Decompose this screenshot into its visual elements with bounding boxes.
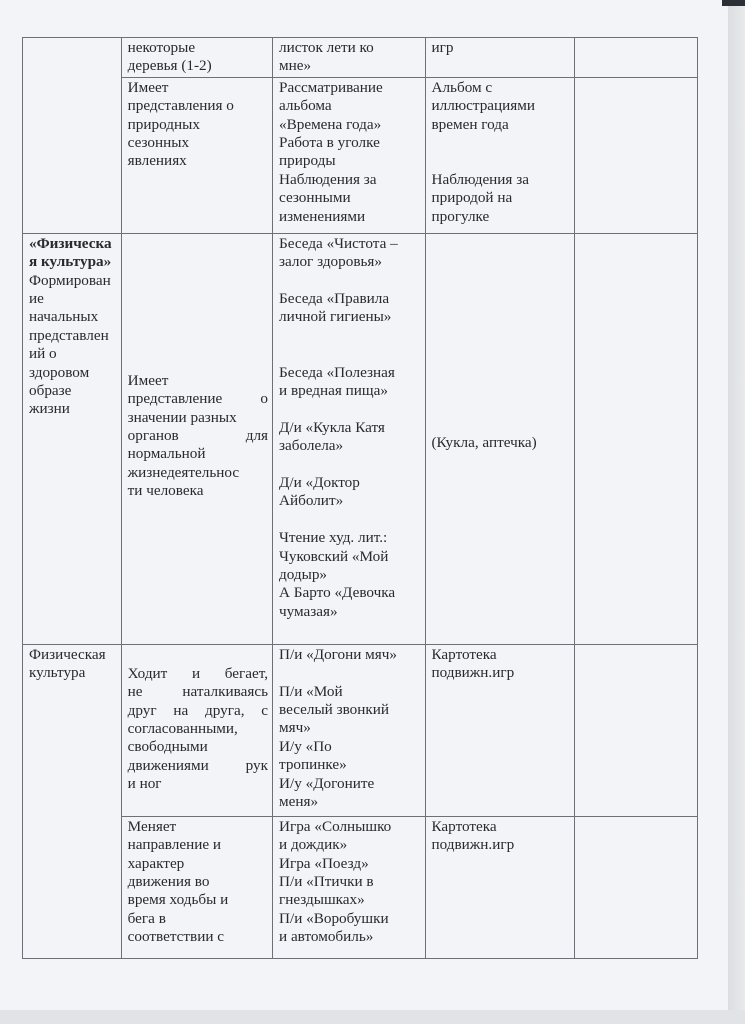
text-line: Картотека <box>432 646 570 664</box>
activity-group: Беседа «Чистота –залог здоровья» <box>279 235 420 272</box>
text-line: А Барто «Девочка <box>279 584 420 602</box>
text-line: залог здоровья» <box>279 253 420 271</box>
text-line: Айболит» <box>279 492 420 510</box>
text-line: образе <box>29 382 117 400</box>
text-line: сезонных <box>128 134 268 152</box>
text-line: характер <box>128 855 268 873</box>
notes-cell <box>574 644 697 816</box>
text-line: игр <box>432 39 570 57</box>
text-line: Игра «Солнышко <box>279 818 420 836</box>
text-line: листок лети ко <box>279 39 420 57</box>
text-line: заболела» <box>279 437 420 455</box>
text-line: время ходьбы и <box>128 891 268 909</box>
notes-cell <box>574 38 697 78</box>
text-line: Меняет <box>128 818 268 836</box>
text-line: мяч» <box>279 719 420 737</box>
lesson-plan-table: некоторыедеревья (1-2) листок лети комне… <box>22 37 698 959</box>
text-line: гнездышках» <box>279 891 420 909</box>
skill-cell: Имеетпредставления оприродныхсезонныхявл… <box>121 77 272 233</box>
text-line: представлен <box>29 327 117 345</box>
text-line: начальных <box>29 308 117 326</box>
text-line: Альбом с <box>432 79 570 97</box>
text-line: жизнедеятельнос <box>128 464 268 482</box>
activities-cell: листок лети комне» <box>273 38 425 78</box>
text-line: свободными <box>128 738 268 756</box>
table-row: некоторыедеревья (1-2) листок лети комне… <box>23 38 698 78</box>
text-line: изменениями <box>279 208 420 226</box>
text-line: согласованными, <box>128 720 268 738</box>
text-line: Игра «Поезд» <box>279 855 420 873</box>
text-line: движения во <box>128 873 268 891</box>
text-line: подвижн.игр <box>432 836 570 854</box>
text-line: я культура» <box>29 253 117 271</box>
text-line: И/у «Догоните <box>279 775 420 793</box>
text-line: направление и <box>128 836 268 854</box>
text-line: «Физическа <box>29 235 117 253</box>
text-line: Беседа «Правила <box>279 290 420 308</box>
notes-cell <box>574 816 697 958</box>
page-bottom-edge <box>0 1010 745 1024</box>
text-line: бега в <box>128 910 268 928</box>
text-line: природных <box>128 116 268 134</box>
text-line: Имеет <box>128 79 268 97</box>
text-line: движениями рук <box>128 757 268 775</box>
table-row: «Физическая культура» Формированиеначаль… <box>23 233 698 644</box>
skill-cell: Ходит и бегает,не наталкиваясьдруг на др… <box>121 644 272 816</box>
text-line: не наталкиваясь <box>128 683 268 701</box>
text-line: личной гигиены» <box>279 308 420 326</box>
text-line: мне» <box>279 57 420 75</box>
activities-cell: Беседа «Чистота –залог здоровья»Беседа «… <box>273 233 425 644</box>
text-line: Беседа «Чистота – <box>279 235 420 253</box>
text-line: Д/и «Кукла Катя <box>279 419 420 437</box>
activity-group: Чтение худ. лит.:Чуковский «Мойдодыр»А Б… <box>279 529 420 621</box>
text-line: Формирован <box>29 272 117 290</box>
text-line: ти человека <box>128 482 268 500</box>
activity-group: Д/и «Кукла Катязаболела» <box>279 419 420 456</box>
materials-cell: (Кукла, аптечка) <box>425 233 574 644</box>
section-cell: Физическаякультура <box>23 644 122 958</box>
text-line: Наблюдения за <box>279 171 420 189</box>
text-line: и вредная пища» <box>279 382 420 400</box>
text-line: нормальной <box>128 445 268 463</box>
text-line: Беседа «Полезная <box>279 364 420 382</box>
text-line: «Времена года» <box>279 116 420 134</box>
scanner-edge <box>722 0 745 6</box>
skill-cell: Меняетнаправление ихарактердвижения вовр… <box>121 816 272 958</box>
text-line: природы <box>279 152 420 170</box>
activity-group: Д/и «ДокторАйболит» <box>279 474 420 511</box>
text-line: природой на <box>432 189 570 207</box>
text-line: Работа в уголке <box>279 134 420 152</box>
skill-cell: Имеетпредставление означении разныхорган… <box>121 233 272 644</box>
table-row: Меняетнаправление ихарактердвижения вовр… <box>23 816 698 958</box>
text-line: додыр» <box>279 566 420 584</box>
text-line: веселый звонкий <box>279 701 420 719</box>
text-line: и дождик» <box>279 836 420 854</box>
text-line: и автомобиль» <box>279 928 420 946</box>
materials-cell: Картотекаподвижн.игр <box>425 644 574 816</box>
table-row: Имеетпредставления оприродныхсезонныхявл… <box>23 77 698 233</box>
section-cell <box>23 38 122 234</box>
text-line: ий о <box>29 345 117 363</box>
text-line: иллюстрациями <box>432 97 570 115</box>
text-line: явлениях <box>128 152 268 170</box>
text-line: П/и «Воробушки <box>279 910 420 928</box>
text-line: Д/и «Доктор <box>279 474 420 492</box>
text-line: П/и «Птички в <box>279 873 420 891</box>
text-line: ие <box>29 290 117 308</box>
text-line: значении разных <box>128 409 268 427</box>
text-line: жизни <box>29 400 117 418</box>
text-line: Наблюдения за <box>432 171 570 189</box>
text-line: представление о <box>128 390 268 408</box>
text-line: Рассматривание <box>279 79 420 97</box>
text-line: друг на друга, с <box>128 702 268 720</box>
activities-cell: Рассматриваниеальбома«Времена года»Работ… <box>273 77 425 233</box>
activities-cell: Игра «Солнышкои дождик»Игра «Поезд»П/и «… <box>273 816 425 958</box>
text-line: Чтение худ. лит.: <box>279 529 420 547</box>
text-line: сезонными <box>279 189 420 207</box>
text-line: и ног <box>128 775 268 793</box>
text-line: меня» <box>279 793 420 811</box>
text-line: подвижн.игр <box>432 664 570 682</box>
text-line: соответствии с <box>128 928 268 946</box>
text-line: П/и «Догони мяч» <box>279 646 420 664</box>
text-line: Ходит и бегает, <box>128 665 268 683</box>
text-line: некоторые <box>128 39 268 57</box>
activities-cell: П/и «Догони мяч» П/и «Мойвеселый звонкий… <box>273 644 425 816</box>
text-line: деревья (1-2) <box>128 57 268 75</box>
materials-cell: игр <box>425 38 574 78</box>
text-line: органов для <box>128 427 268 445</box>
text-line: представления о <box>128 97 268 115</box>
text-line: И/у «По <box>279 738 420 756</box>
skill-cell: некоторыедеревья (1-2) <box>121 38 272 78</box>
text-line: здоровом <box>29 364 117 382</box>
text-line: альбома <box>279 97 420 115</box>
table-row: Физическаякультура Ходит и бегает,не нат… <box>23 644 698 816</box>
text-line: времен года <box>432 116 570 134</box>
text-line: тропинке» <box>279 756 420 774</box>
activity-group: Беседа «Правилаличной гигиены» <box>279 290 420 327</box>
materials-cell: Картотекаподвижн.игр <box>425 816 574 958</box>
activity-group: Беседа «Полезнаяи вредная пища» <box>279 364 420 401</box>
text-line: (Кукла, аптечка) <box>432 434 570 452</box>
materials-cell: Альбом силлюстрациямивремен года Наблюде… <box>425 77 574 233</box>
text-line: Картотека <box>432 818 570 836</box>
text-line: Физическая <box>29 646 117 664</box>
notes-cell <box>574 77 697 233</box>
text-line: Имеет <box>128 372 268 390</box>
text-line: П/и «Мой <box>279 683 420 701</box>
text-line: прогулке <box>432 208 570 226</box>
section-cell: «Физическая культура» Формированиеначаль… <box>23 233 122 644</box>
text-line: культура <box>29 664 117 682</box>
page-edge-shadow <box>728 0 745 1024</box>
text-line: чумазая» <box>279 603 420 621</box>
notes-cell <box>574 233 697 644</box>
text-line: Чуковский «Мой <box>279 548 420 566</box>
